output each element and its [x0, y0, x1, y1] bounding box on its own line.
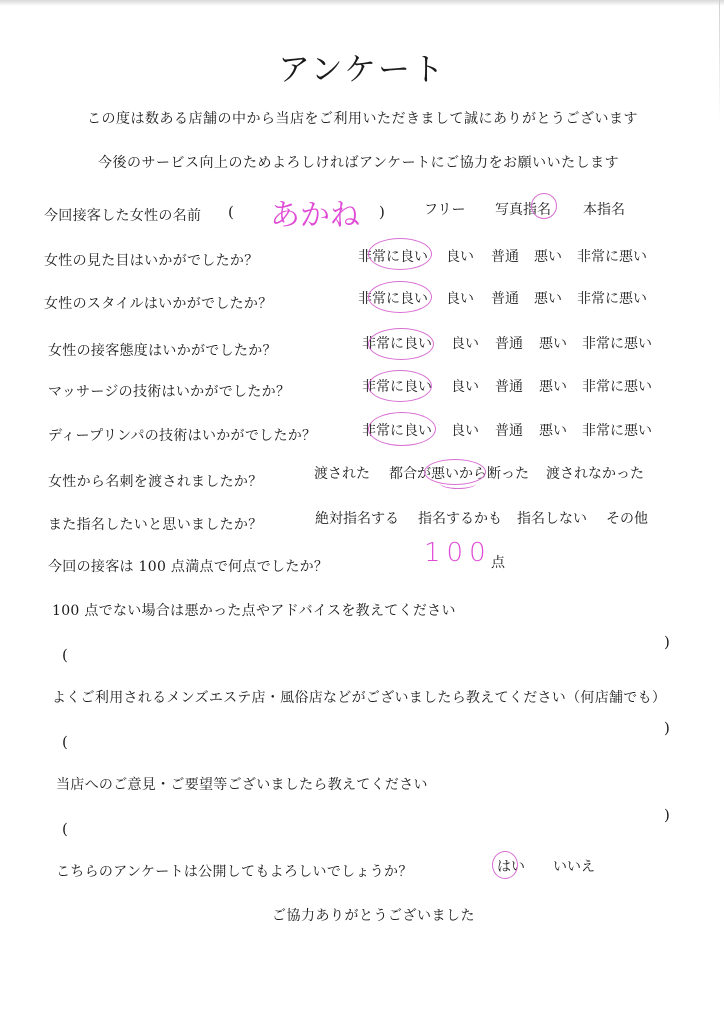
option-very-good[interactable]: 非常に良い — [358, 288, 428, 308]
question-label: 女性の接客態度はいかがでしたか？ — [48, 340, 277, 360]
question-label: ディープリンパの技術はいかがでしたか？ — [48, 425, 316, 445]
advice-answer-field[interactable] — [80, 640, 660, 666]
question-label: 女性から名刺を渡されましたか？ — [48, 471, 263, 491]
option-bad[interactable]: 悪い — [534, 246, 562, 266]
other-shops-answer-field[interactable] — [80, 726, 660, 752]
option-very-good[interactable]: 非常に良い — [362, 420, 432, 440]
option-very-good[interactable]: 非常に良い — [362, 333, 432, 353]
option-good[interactable]: 良い — [451, 376, 479, 396]
close-paren: ) — [664, 806, 670, 824]
name-answer[interactable]: あかね — [270, 190, 360, 234]
closing-message: ご協力ありがとうございました — [272, 905, 475, 925]
option-average[interactable]: 普通 — [495, 420, 523, 440]
scan-top-shadow — [0, 0, 724, 6]
option-good[interactable]: 良い — [451, 333, 479, 353]
option-good[interactable]: 良い — [446, 288, 474, 308]
option-very-bad[interactable]: 非常に悪い — [582, 376, 652, 396]
option-very-good[interactable]: 非常に良い — [358, 246, 428, 266]
option-very-good[interactable]: 非常に良い — [362, 376, 432, 396]
option-very-bad[interactable]: 非常に悪い — [582, 333, 652, 353]
option-no[interactable]: 指名しない — [517, 508, 587, 528]
option-declined[interactable]: 都合が悪いから断った — [389, 463, 529, 483]
intro-line-1: この度は数ある店舗の中から当店をご利用いただきまして誠にありがとうございます — [87, 108, 638, 128]
option-main-nomination[interactable]: 本指名 — [583, 199, 625, 219]
option-good[interactable]: 良い — [451, 420, 479, 440]
option-free[interactable]: フリー — [424, 199, 465, 219]
question-label: また指名したいと思いましたか？ — [48, 514, 263, 534]
option-yes[interactable]: はい — [497, 856, 525, 876]
feedback-answer-field[interactable] — [80, 812, 660, 838]
option-bad[interactable]: 悪い — [539, 376, 567, 396]
open-paren: ( — [62, 733, 68, 751]
option-photo-nomination[interactable]: 写真指名 — [495, 199, 551, 219]
close-paren: ) — [664, 633, 670, 651]
option-received[interactable]: 渡された — [314, 463, 370, 483]
option-maybe[interactable]: 指名するかも — [418, 508, 502, 528]
option-very-bad[interactable]: 非常に悪い — [577, 246, 647, 266]
option-average[interactable]: 普通 — [495, 333, 523, 353]
option-definitely[interactable]: 絶対指名する — [315, 508, 399, 528]
close-paren: ) — [664, 719, 670, 737]
option-very-bad[interactable]: 非常に悪い — [577, 288, 647, 308]
intro-line-2: 今後のサービス向上のためよろしければアンケートにご協力をお願いいたします — [98, 152, 619, 172]
option-very-bad[interactable]: 非常に悪い — [582, 420, 652, 440]
question-label: 女性のスタイルはいかがでしたか？ — [44, 293, 273, 313]
question-label: 今回接客した女性の名前 — [44, 205, 201, 225]
option-bad[interactable]: 悪い — [539, 420, 567, 440]
close-paren: ) — [379, 203, 385, 221]
open-paren: ( — [62, 646, 68, 664]
question-label: 今回の接客は 100 点満点で何点でしたか？ — [48, 556, 328, 576]
option-average[interactable]: 普通 — [491, 288, 519, 308]
option-good[interactable]: 良い — [446, 246, 474, 266]
option-average[interactable]: 普通 — [495, 376, 523, 396]
page-title: アンケート — [0, 44, 724, 90]
question-label: 女性の見た目はいかがでしたか？ — [44, 250, 259, 270]
option-not-received[interactable]: 渡されなかった — [546, 463, 644, 483]
question-label: マッサージの技術はいかがでしたか？ — [48, 381, 290, 401]
option-other[interactable]: その他 — [606, 508, 648, 528]
score-answer[interactable]: 100 — [424, 538, 492, 568]
option-average[interactable]: 普通 — [491, 246, 519, 266]
question-label: 100 点でない場合は悪かった点やアドバイスを教えてください — [52, 600, 456, 620]
option-no[interactable]: いいえ — [553, 856, 595, 876]
question-label: こちらのアンケートは公開してもよろしいでしょうか？ — [56, 861, 413, 881]
open-paren: ( — [228, 203, 234, 221]
question-label: よくご利用されるメンズエステ店・風俗店などがございましたら教えてください（何店舗… — [52, 687, 666, 707]
score-unit: 点 — [491, 552, 505, 572]
question-label: 当店へのご意見・ご要望等ございましたら教えてください — [56, 774, 428, 794]
option-bad[interactable]: 悪い — [534, 288, 562, 308]
open-paren: ( — [62, 820, 68, 838]
option-bad[interactable]: 悪い — [539, 333, 567, 353]
